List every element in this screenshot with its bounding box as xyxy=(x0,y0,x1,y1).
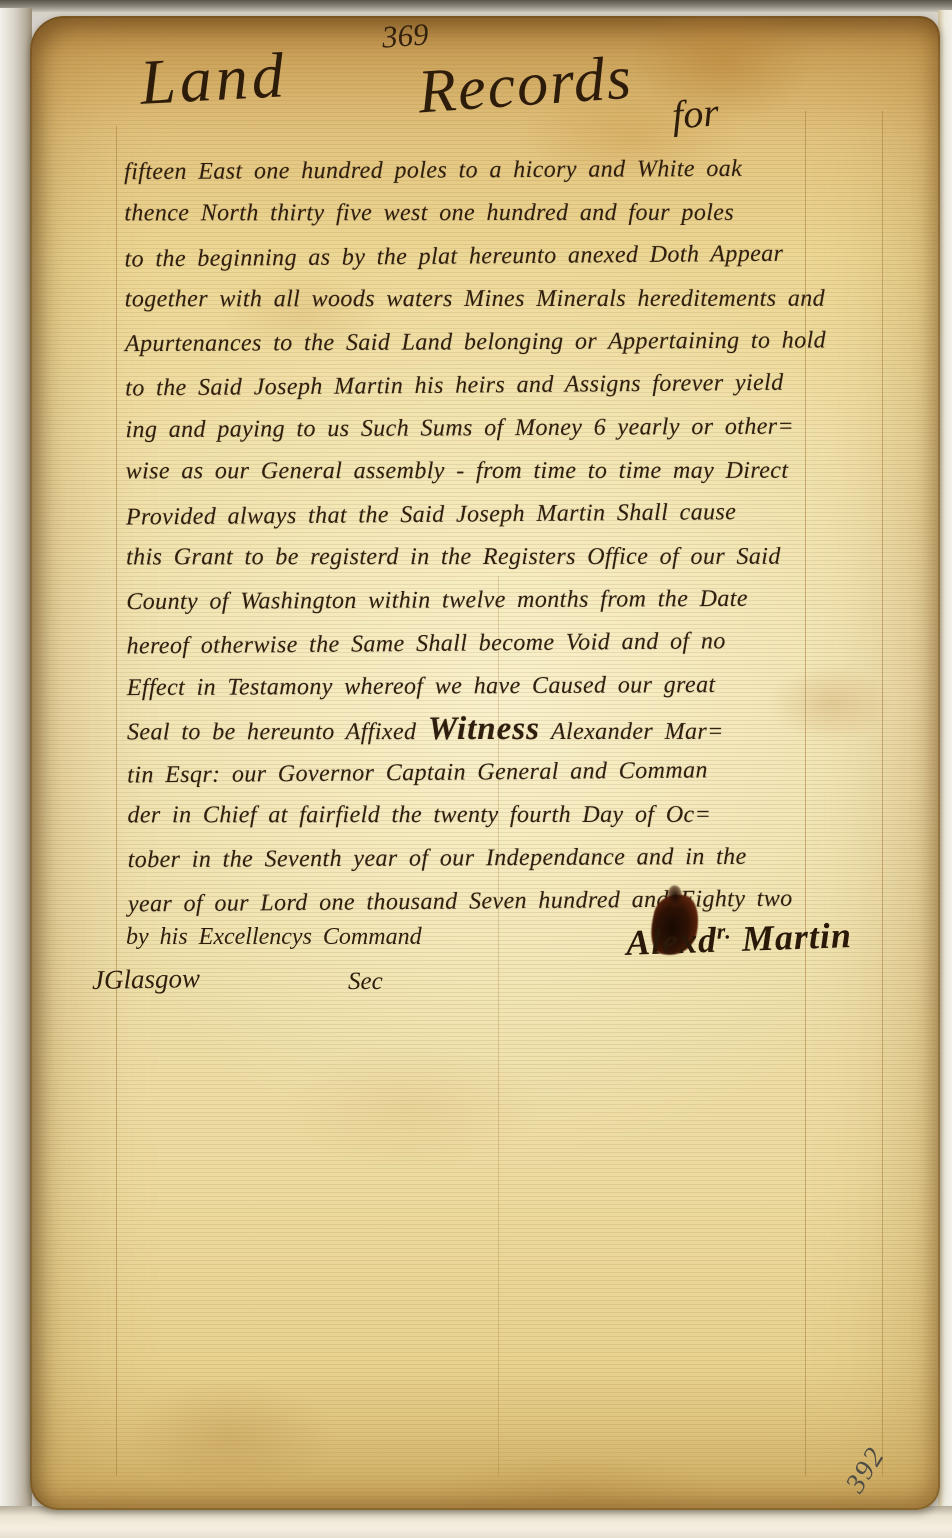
manuscript-line: thence North thirty five west one hundre… xyxy=(124,192,928,236)
heading-word-records: Records xyxy=(416,43,635,129)
manuscript-line: to the Said Joseph Martin his heirs and … xyxy=(125,360,929,410)
witness-line-post: Alexander Mar= xyxy=(540,719,724,745)
witness-emphasis: Witness xyxy=(428,711,540,747)
manuscript-line: wise as our General assembly - from time… xyxy=(126,450,930,494)
signature-superscript: r. xyxy=(716,918,732,944)
manuscript-body: fifteen East one hundred poles to a hico… xyxy=(124,147,932,925)
secretary-signature: JGlasgow xyxy=(92,963,201,996)
manuscript-page: 369 Land Records for fifteen East one hu… xyxy=(30,16,940,1510)
manuscript-line: hereof otherwise the Same Shall become V… xyxy=(126,618,930,668)
manuscript-line: der in Chief at fairfield the twenty fou… xyxy=(127,794,931,838)
manuscript-line: fifteen East one hundred poles to a hico… xyxy=(124,147,928,194)
witness-line-pre: Seal to be hereunto Affixed xyxy=(127,719,428,745)
manuscript-line: this Grant to be registerd in the Regist… xyxy=(126,536,930,580)
manuscript-line: County of Washington within twelve month… xyxy=(126,577,930,624)
manuscript-line: tober in the Seventh year of our Indepen… xyxy=(128,835,932,882)
manuscript-line: Effect in Testamony whereof we have Caus… xyxy=(127,663,931,710)
signature-name-post: Martin xyxy=(731,915,852,959)
manuscript-line: together with all woods waters Mines Min… xyxy=(125,278,929,322)
heading-word-land: Land xyxy=(138,38,289,120)
manuscript-line: Provided always that the Said Joseph Mar… xyxy=(126,489,930,539)
secretary-title: Sec xyxy=(348,968,383,996)
scanned-document: 369 Land Records for fifteen East one hu… xyxy=(0,0,952,1538)
page-stack-edge-right xyxy=(938,10,952,1515)
manuscript-line: Apurtenances to the Said Land belonging … xyxy=(125,319,929,366)
book-binding-edge xyxy=(0,8,32,1518)
manuscript-line-witness: Seal to be hereunto Affixed Witness Alex… xyxy=(127,708,931,752)
signature-name-pre: Alexd xyxy=(625,920,717,963)
by-command-line: by his Excellencys Command xyxy=(126,924,422,951)
archival-number-note: 392 xyxy=(840,1441,893,1499)
heading-word-for: for xyxy=(670,88,720,138)
margin-rule-left xyxy=(116,126,117,1476)
manuscript-line: to the beginning as by the plat hereunto… xyxy=(124,231,928,281)
governor-signature: Alexdr. Martin xyxy=(625,914,852,964)
manuscript-line: tin Esqr: our Governor Captain General a… xyxy=(127,747,931,797)
manuscript-line: ing and paying to us Such Sums of Money … xyxy=(125,405,929,452)
scan-edge-top xyxy=(0,0,952,12)
page-stack-edge-bottom xyxy=(0,1506,952,1538)
page-number: 369 xyxy=(381,16,430,55)
